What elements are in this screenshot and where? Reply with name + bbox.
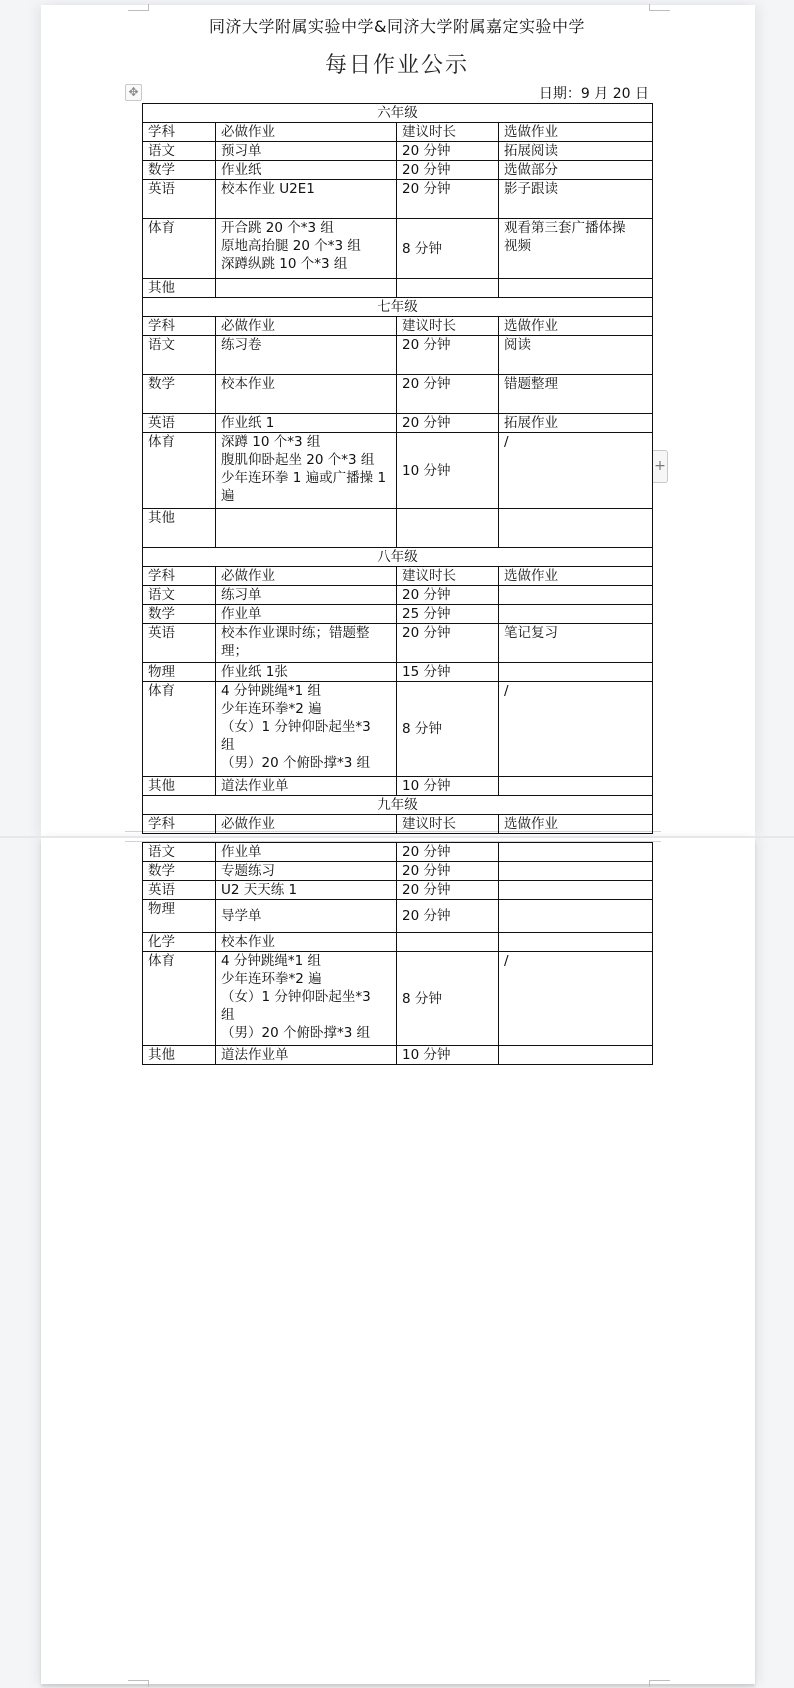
column-header-row: 学科 必做作业 建议时长 选做作业 <box>143 317 653 336</box>
grade-header: 八年级 <box>143 548 653 567</box>
grade-header: 七年级 <box>143 298 653 317</box>
required-line: 深蹲纵跳 10 个*3 组 <box>221 255 391 273</box>
subject-cell: 其他 <box>143 279 216 298</box>
homework-table: 六年级 学科 必做作业 建议时长 选做作业 语文 预习单 20 分钟 拓展阅读 … <box>142 103 653 834</box>
subject-cell: 数学 <box>143 375 216 414</box>
required-cell: 道法作业单 <box>216 777 397 796</box>
optional-cell: 选做部分 <box>499 161 653 180</box>
required-cell: 作业单 <box>216 843 397 862</box>
required-line: 腹肌仰卧起坐 20 个*3 组 <box>221 451 391 469</box>
required-cell: 练习卷 <box>216 336 397 375</box>
table-row: 英语 作业纸 1 20 分钟 拓展作业 <box>143 414 653 433</box>
col-required: 必做作业 <box>216 317 397 336</box>
duration-cell: 20 分钟 <box>397 862 499 881</box>
optional-cell: / <box>499 682 653 777</box>
optional-cell: 拓展阅读 <box>499 142 653 161</box>
required-line: 少年连环拳*2 遍 <box>221 700 391 718</box>
subject-cell: 语文 <box>143 843 216 862</box>
subject-cell: 数学 <box>143 862 216 881</box>
subject-cell: 物理 <box>143 900 216 933</box>
duration-cell <box>397 279 499 298</box>
required-line: 开合跳 20 个*3 组 <box>221 219 391 237</box>
optional-cell <box>499 663 653 682</box>
optional-cell <box>499 933 653 952</box>
col-optional: 选做作业 <box>499 123 653 142</box>
col-subject: 学科 <box>143 317 216 336</box>
page-break <box>0 836 794 838</box>
required-cell: 校本作业课时练；错题整 理； <box>216 624 397 663</box>
optional-cell <box>499 843 653 862</box>
col-optional: 选做作业 <box>499 317 653 336</box>
required-cell: 作业单 <box>216 605 397 624</box>
duration-cell: 15 分钟 <box>397 663 499 682</box>
required-cell: U2 天天练 1 <box>216 881 397 900</box>
optional-cell <box>499 881 653 900</box>
subject-cell: 语文 <box>143 142 216 161</box>
table-move-handle-icon[interactable]: ✥ <box>125 84 142 101</box>
col-required: 必做作业 <box>216 815 397 834</box>
subject-cell: 英语 <box>143 624 216 663</box>
add-row-icon[interactable]: + <box>653 450 668 483</box>
required-line: 组 <box>221 736 391 754</box>
required-line: 4 分钟跳绳*1 组 <box>221 682 391 700</box>
table-row: 数学 校本作业 20 分钟 错题整理 <box>143 375 653 414</box>
required-line: 理； <box>221 642 391 660</box>
duration-cell: 10 分钟 <box>397 433 499 509</box>
subject-cell: 语文 <box>143 586 216 605</box>
table-row: 英语 校本作业 U2E1 20 分钟 影子跟读 <box>143 180 653 219</box>
required-line: 深蹲 10 个*3 组 <box>221 433 391 451</box>
required-cell: 预习单 <box>216 142 397 161</box>
table-row: 语文 预习单 20 分钟 拓展阅读 <box>143 142 653 161</box>
required-cell: 校本作业 <box>216 375 397 414</box>
optional-cell <box>499 900 653 933</box>
duration-cell: 8 分钟 <box>397 952 499 1046</box>
col-duration: 建议时长 <box>397 567 499 586</box>
column-header-row: 学科 必做作业 建议时长 选做作业 <box>143 815 653 834</box>
optional-cell: / <box>499 952 653 1046</box>
document-title: 每日作业公示 <box>0 48 794 79</box>
col-required: 必做作业 <box>216 123 397 142</box>
required-line: 原地高抬腿 20 个*3 组 <box>221 237 391 255</box>
subject-cell: 体育 <box>143 952 216 1046</box>
required-cell: 作业纸 1张 <box>216 663 397 682</box>
optional-cell: 笔记复习 <box>499 624 653 663</box>
school-name: 同济大学附属实验中学&同济大学附属嘉定实验中学 <box>0 14 794 37</box>
required-line: 少年连环拳 1 遍或广播操 1 <box>221 469 391 487</box>
table-row: 体育 4 分钟跳绳*1 组 少年连环拳*2 遍 （女）1 分钟仰卧起坐*3 组 … <box>143 682 653 777</box>
optional-cell <box>499 862 653 881</box>
table-row: 数学 作业纸 20 分钟 选做部分 <box>143 161 653 180</box>
duration-cell: 20 分钟 <box>397 843 499 862</box>
required-line: （男）20 个俯卧撑*3 组 <box>221 754 391 772</box>
required-line: （女）1 分钟仰卧起坐*3 <box>221 988 391 1006</box>
table-row: 数学 专题练习 20 分钟 <box>143 862 653 881</box>
table-row: 物理 作业纸 1张 15 分钟 <box>143 663 653 682</box>
optional-cell: 错题整理 <box>499 375 653 414</box>
subject-cell: 数学 <box>143 161 216 180</box>
optional-cell: / <box>499 433 653 509</box>
subject-cell: 英语 <box>143 414 216 433</box>
subject-cell: 化学 <box>143 933 216 952</box>
margin-corner-mark <box>128 1680 149 1687</box>
subject-cell: 物理 <box>143 663 216 682</box>
duration-cell: 20 分钟 <box>397 624 499 663</box>
col-duration: 建议时长 <box>397 123 499 142</box>
duration-cell: 10 分钟 <box>397 1046 499 1065</box>
optional-cell <box>499 279 653 298</box>
table-row: 体育 开合跳 20 个*3 组 原地高抬腿 20 个*3 组 深蹲纵跳 10 个… <box>143 219 653 279</box>
required-cell: 深蹲 10 个*3 组 腹肌仰卧起坐 20 个*3 组 少年连环拳 1 遍或广播… <box>216 433 397 509</box>
table-row: 其他 道法作业单 10 分钟 <box>143 1046 653 1065</box>
required-cell: 4 分钟跳绳*1 组 少年连环拳*2 遍 （女）1 分钟仰卧起坐*3 组 （男）… <box>216 682 397 777</box>
subject-cell: 体育 <box>143 682 216 777</box>
required-cell: 道法作业单 <box>216 1046 397 1065</box>
duration-cell: 10 分钟 <box>397 777 499 796</box>
required-cell: 4 分钟跳绳*1 组 少年连环拳*2 遍 （女）1 分钟仰卧起坐*3 组 （男）… <box>216 952 397 1046</box>
table-row: 语文 作业单 20 分钟 <box>143 843 653 862</box>
required-cell: 校本作业 U2E1 <box>216 180 397 219</box>
column-header-row: 学科 必做作业 建议时长 选做作业 <box>143 567 653 586</box>
required-line: 遍 <box>221 487 391 505</box>
optional-cell: 拓展作业 <box>499 414 653 433</box>
required-line: 组 <box>221 1006 391 1024</box>
subject-cell: 语文 <box>143 336 216 375</box>
col-duration: 建议时长 <box>397 815 499 834</box>
table-row: 物理 导学单 20 分钟 <box>143 900 653 933</box>
duration-cell: 20 分钟 <box>397 414 499 433</box>
table-row: 其他 <box>143 279 653 298</box>
optional-cell <box>499 1046 653 1065</box>
table-row: 体育 4 分钟跳绳*1 组 少年连环拳*2 遍 （女）1 分钟仰卧起坐*3 组 … <box>143 952 653 1046</box>
subject-cell: 其他 <box>143 509 216 548</box>
duration-cell: 20 分钟 <box>397 336 499 375</box>
date-label: 日期：9 月 20 日 <box>539 83 649 103</box>
subject-cell: 其他 <box>143 777 216 796</box>
subject-cell: 体育 <box>143 219 216 279</box>
col-optional: 选做作业 <box>499 815 653 834</box>
col-required: 必做作业 <box>216 567 397 586</box>
required-cell: 作业纸 1 <box>216 414 397 433</box>
optional-cell: 观看第三套广播体操 视频 <box>499 219 653 279</box>
duration-cell: 20 分钟 <box>397 900 499 933</box>
required-line: 4 分钟跳绳*1 组 <box>221 952 391 970</box>
optional-cell: 阅读 <box>499 336 653 375</box>
duration-cell <box>397 933 499 952</box>
table-row: 体育 深蹲 10 个*3 组 腹肌仰卧起坐 20 个*3 组 少年连环拳 1 遍… <box>143 433 653 509</box>
required-cell <box>216 279 397 298</box>
duration-cell: 20 分钟 <box>397 881 499 900</box>
subject-cell: 其他 <box>143 1046 216 1065</box>
optional-cell <box>499 586 653 605</box>
table-row: 其他 <box>143 509 653 548</box>
col-optional: 选做作业 <box>499 567 653 586</box>
table-row: 英语 U2 天天练 1 20 分钟 <box>143 881 653 900</box>
required-line: 少年连环拳*2 遍 <box>221 970 391 988</box>
col-subject: 学科 <box>143 123 216 142</box>
required-line: 校本作业课时练；错题整 <box>221 624 391 642</box>
margin-corner-mark <box>649 1680 670 1687</box>
duration-cell: 20 分钟 <box>397 180 499 219</box>
col-subject: 学科 <box>143 567 216 586</box>
duration-cell: 8 分钟 <box>397 219 499 279</box>
required-cell: 练习单 <box>216 586 397 605</box>
optional-cell <box>499 605 653 624</box>
duration-cell: 25 分钟 <box>397 605 499 624</box>
duration-cell <box>397 509 499 548</box>
optional-cell <box>499 509 653 548</box>
table-row: 语文 练习单 20 分钟 <box>143 586 653 605</box>
duration-cell: 20 分钟 <box>397 375 499 414</box>
table-row: 语文 练习卷 20 分钟 阅读 <box>143 336 653 375</box>
subject-cell: 英语 <box>143 180 216 219</box>
optional-cell: 影子跟读 <box>499 180 653 219</box>
optional-line: 观看第三套广播体操 <box>504 219 647 237</box>
margin-corner-mark <box>128 4 149 11</box>
subject-cell: 体育 <box>143 433 216 509</box>
col-subject: 学科 <box>143 815 216 834</box>
required-cell <box>216 509 397 548</box>
required-cell: 导学单 <box>216 900 397 933</box>
required-cell: 专题练习 <box>216 862 397 881</box>
duration-cell: 20 分钟 <box>397 142 499 161</box>
duration-cell: 8 分钟 <box>397 682 499 777</box>
required-cell: 开合跳 20 个*3 组 原地高抬腿 20 个*3 组 深蹲纵跳 10 个*3 … <box>216 219 397 279</box>
table-row: 化学 校本作业 <box>143 933 653 952</box>
margin-corner-mark <box>649 4 670 11</box>
subject-cell: 英语 <box>143 881 216 900</box>
optional-cell <box>499 777 653 796</box>
subject-cell: 数学 <box>143 605 216 624</box>
col-duration: 建议时长 <box>397 317 499 336</box>
required-cell: 作业纸 <box>216 161 397 180</box>
required-cell: 校本作业 <box>216 933 397 952</box>
duration-cell: 20 分钟 <box>397 586 499 605</box>
table-row: 英语 校本作业课时练；错题整 理； 20 分钟 笔记复习 <box>143 624 653 663</box>
column-header-row: 学科 必做作业 建议时长 选做作业 <box>143 123 653 142</box>
table-row: 数学 作业单 25 分钟 <box>143 605 653 624</box>
required-line: （男）20 个俯卧撑*3 组 <box>221 1024 391 1042</box>
table-row: 其他 道法作业单 10 分钟 <box>143 777 653 796</box>
optional-line: 视频 <box>504 237 647 255</box>
grade-header: 六年级 <box>143 104 653 123</box>
required-line: （女）1 分钟仰卧起坐*3 <box>221 718 391 736</box>
homework-table-continued: 语文 作业单 20 分钟 数学 专题练习 20 分钟 英语 U2 天天练 1 2… <box>142 842 653 1065</box>
duration-cell: 20 分钟 <box>397 161 499 180</box>
grade-header: 九年级 <box>143 796 653 815</box>
